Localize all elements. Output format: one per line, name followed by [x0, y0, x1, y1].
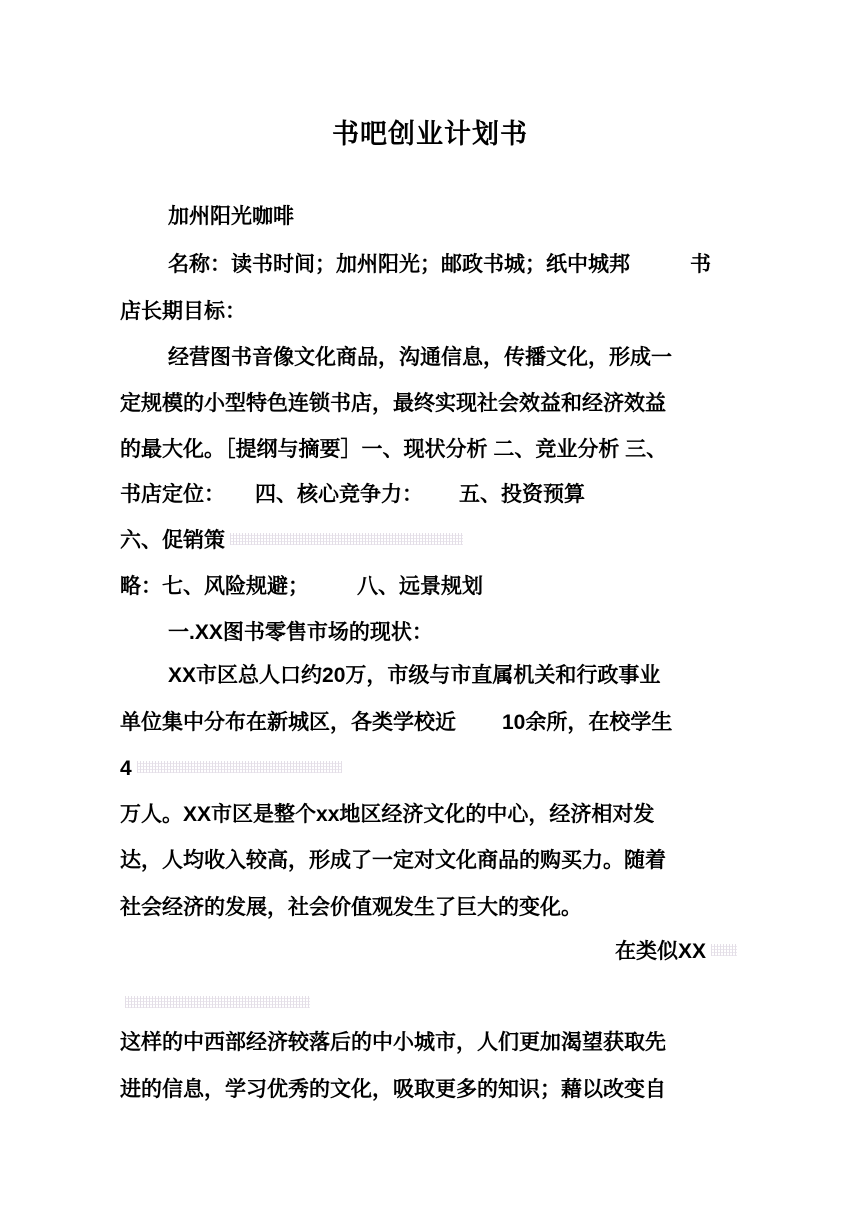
text-run: 定规模的小型特色连锁书店，最终实现社会效益和经济效益: [120, 392, 666, 415]
text-line: 名称：读书时间；加州阳光；邮政书城；纸中城邦书: [168, 252, 711, 278]
text-line: 万人。XX市区是整个xx地区经济文化的中心，经济相对发: [120, 802, 654, 828]
text-run: 六、促销策: [120, 529, 225, 552]
inline-spacer: [423, 500, 459, 501]
text-line: [120, 991, 310, 1017]
text-line: 进的信息，学习优秀的文化，吸取更多的知识；藉以改变自: [120, 1077, 666, 1103]
inline-spacer: [456, 728, 502, 729]
text-line: 这样的中西部经济较落后的中小城市，人们更加渴望获取先: [120, 1030, 666, 1056]
text-line: 定规模的小型特色连锁书店，最终实现社会效益和经济效益: [120, 391, 666, 417]
text-line: XX市区总人口约20万，市级与市直属机关和行政事业: [168, 663, 660, 689]
text-run: 万人。XX市区是整个xx地区经济文化的中心，经济相对发: [120, 803, 654, 826]
text-line: 一.XX图书零售市场的现状：: [168, 620, 433, 646]
text-line: 六、促销策: [120, 528, 463, 554]
text-run: 加州阳光咖啡: [168, 205, 294, 228]
text-run: 4: [120, 757, 132, 780]
text-line: 社会经济的发展，社会价值观发生了巨大的变化。: [120, 895, 582, 921]
text-run: XX市区总人口约20万，市级与市直属机关和行政事业: [168, 664, 660, 687]
inline-spacer: [225, 500, 255, 501]
text-run: 一.XX图书零售市场的现状：: [168, 621, 433, 644]
page-title: 书吧创业计划书: [0, 112, 860, 151]
text-run: 书: [690, 253, 711, 276]
text-run: 社会经济的发展，社会价值观发生了巨大的变化。: [120, 896, 582, 919]
text-run: 10余所，在校学生: [502, 711, 672, 734]
text-run: 达，人均收入较高，形成了一定对文化商品的购买力。随着: [120, 849, 666, 872]
text-run: 这样的中西部经济较落后的中小城市，人们更加渴望获取先: [120, 1031, 666, 1054]
text-line: 略：七、风险规避；八、远景规划: [120, 574, 483, 600]
text-line: 经营图书音像文化商品，沟通信息，传播文化，形成一: [168, 345, 672, 371]
text-run: 四、核心竞争力：: [255, 483, 423, 506]
inline-spacer: [309, 592, 357, 593]
text-run: 八、远景规划: [357, 575, 483, 598]
text-run: 店长期目标：: [120, 300, 246, 323]
faint-watermark: [230, 533, 463, 545]
faint-watermark: [125, 996, 310, 1008]
text-line: 的最大化。［提纲与摘要］一、现状分析 二、竞业分析 三、: [120, 437, 667, 463]
text-run: 在类似XX: [615, 940, 706, 963]
text-line: 店长期目标：: [120, 299, 246, 325]
faint-watermark: [137, 761, 342, 773]
text-line: 单位集中分布在新城区，各类学校近10余所，在校学生: [120, 710, 672, 736]
text-line: 在类似XX: [615, 939, 737, 965]
text-run: 五、投资预算: [459, 483, 585, 506]
text-run: 名称：读书时间；加州阳光；邮政书城；纸中城邦: [168, 253, 630, 276]
faint-watermark: [711, 944, 737, 956]
text-run: 经营图书音像文化商品，沟通信息，传播文化，形成一: [168, 346, 672, 369]
text-line: 4: [120, 756, 342, 782]
text-line: 加州阳光咖啡: [168, 204, 294, 230]
text-run: 书店定位：: [120, 483, 225, 506]
inline-spacer: [630, 270, 690, 271]
text-run: 单位集中分布在新城区，各类学校近: [120, 711, 456, 734]
text-run: 进的信息，学习优秀的文化，吸取更多的知识；藉以改变自: [120, 1078, 666, 1101]
document-page: 书吧创业计划书 加州阳光咖啡名称：读书时间；加州阳光；邮政书城；纸中城邦书店长期…: [0, 0, 860, 1218]
text-run: 的最大化。［提纲与摘要］一、现状分析 二、竞业分析 三、: [120, 438, 667, 461]
text-line: 达，人均收入较高，形成了一定对文化商品的购买力。随着: [120, 848, 666, 874]
text-line: 书店定位：四、核心竞争力：五、投资预算: [120, 482, 585, 508]
text-run: 略：七、风险规避；: [120, 575, 309, 598]
